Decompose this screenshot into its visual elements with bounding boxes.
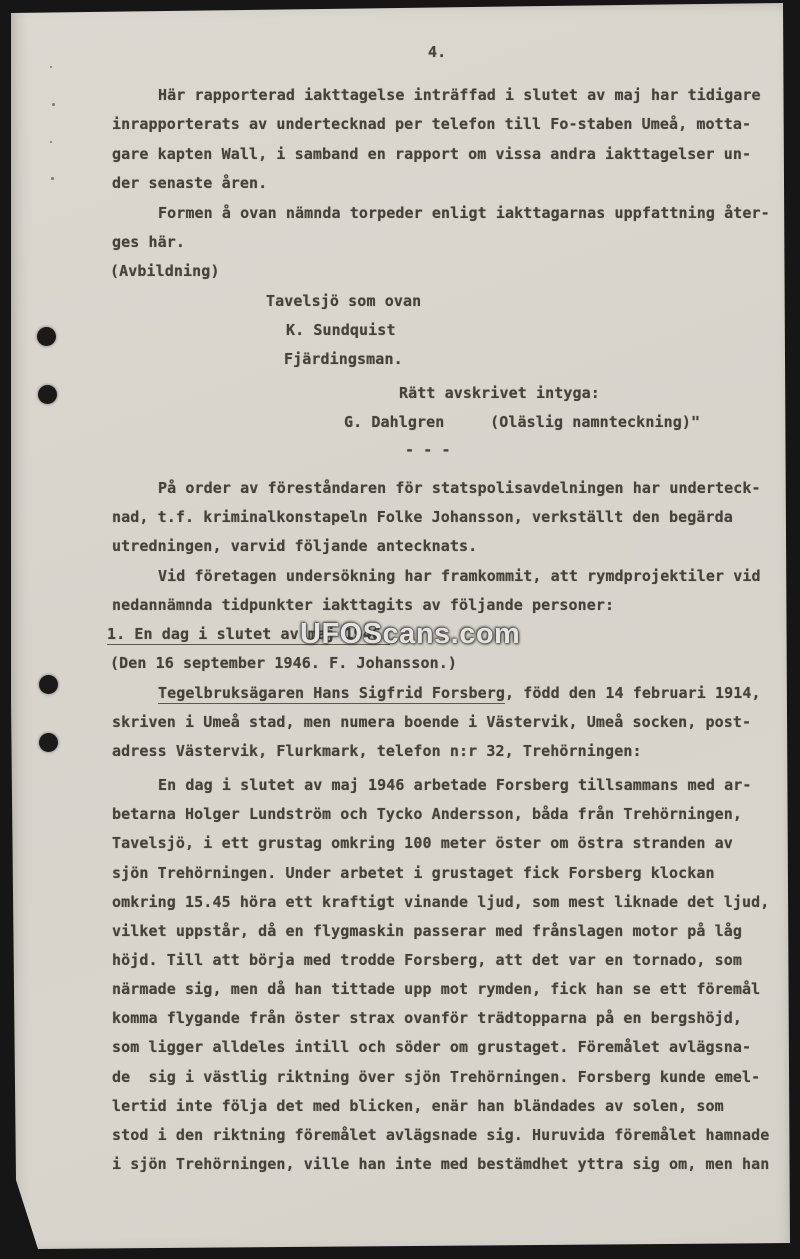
document-line: sjön Trehörningen. Under arbetet i grust… (112, 862, 715, 884)
scan-speck (50, 66, 52, 68)
document-line: G. Dahlgren (Oläslig namnteckning)" (344, 411, 700, 433)
scan-speck (52, 103, 55, 106)
document-line: de sig i västlig riktning över sjön Treh… (112, 1066, 760, 1088)
document-line: - - - (405, 439, 451, 461)
document-line: närmade sig, men då han tittade upp mot … (112, 978, 760, 1000)
document-line: nedannämnda tidpunkter iakttagits av föl… (112, 594, 614, 616)
document-line: stod i den riktning föremålet avlägsnade… (112, 1124, 769, 1146)
document-line: der senaste åren. (112, 172, 267, 194)
hole-punch-mark (37, 327, 56, 346)
document-line: i sjön Trehörningen, ville han inte med … (112, 1153, 769, 1175)
document-line: Tegelbruksägaren Hans Sigfrid Forsberg, … (158, 682, 761, 704)
document-line: gare kapten Wall, i samband en rapport o… (112, 143, 751, 165)
hole-punch-mark (39, 733, 58, 752)
document-line: nad, t.f. kriminalkonstapeln Folke Johan… (112, 506, 733, 528)
scan-speck (50, 141, 52, 143)
document-line: ges här. (112, 231, 185, 253)
document-line: Rätt avskrivet intyga: (399, 382, 600, 404)
document-line: Vid företagen undersökning har framkommi… (158, 565, 761, 587)
document-line: vilket uppstår, då en flygmaskin passera… (112, 920, 742, 942)
scanned-document-page: 4.Här rapporterad iakttagelse inträffad … (0, 0, 800, 1259)
document-line: komma flygande från öster strax ovanför … (112, 1007, 742, 1029)
document-line: K. Sundquist (286, 319, 396, 341)
document-line: Formen å ovan nämnda torpeder enligt iak… (158, 202, 770, 224)
document-line: adress Västervik, Flurkmark, telefon n:r… (112, 740, 642, 762)
hole-punch-mark (39, 675, 58, 694)
document-line: omkring 15.45 höra ett kraftigt vinande … (112, 891, 769, 913)
document-line: utredningen, varvid följande antecknats. (112, 535, 477, 557)
document-line: En dag i slutet av maj 1946 arbetade For… (158, 774, 752, 796)
ufoscans-watermark: UFOScans.com (300, 618, 520, 651)
document-line: (Avbildning) (110, 260, 220, 282)
document-line: betarna Holger Lundström och Tycko Ander… (112, 803, 742, 825)
document-line: Fjärdingsman. (284, 348, 403, 370)
document-line: höjd. Till att börja med trodde Forsberg… (112, 949, 742, 971)
document-line: (Den 16 september 1946. F. Johansson.) (110, 652, 457, 674)
document-line: inrapporterats av undertecknad per telef… (112, 113, 751, 135)
scan-speck (51, 177, 54, 180)
document-line: Tavelsjö, i ett grustag omkring 100 mete… (112, 832, 733, 854)
document-line: På order av föreståndaren för statspolis… (158, 477, 761, 499)
document-line: som ligger alldeles intill och söder om … (112, 1036, 751, 1058)
document-line: skriven i Umeå stad, men numera boende i… (112, 711, 751, 733)
document-line: lertid inte följa det med blicken, enär … (112, 1095, 724, 1117)
document-line: Här rapporterad iakttagelse inträffad i … (158, 84, 761, 106)
document-line: 4. (428, 41, 446, 63)
document-line: Tavelsjö som ovan (266, 290, 421, 312)
hole-punch-mark (38, 385, 57, 404)
